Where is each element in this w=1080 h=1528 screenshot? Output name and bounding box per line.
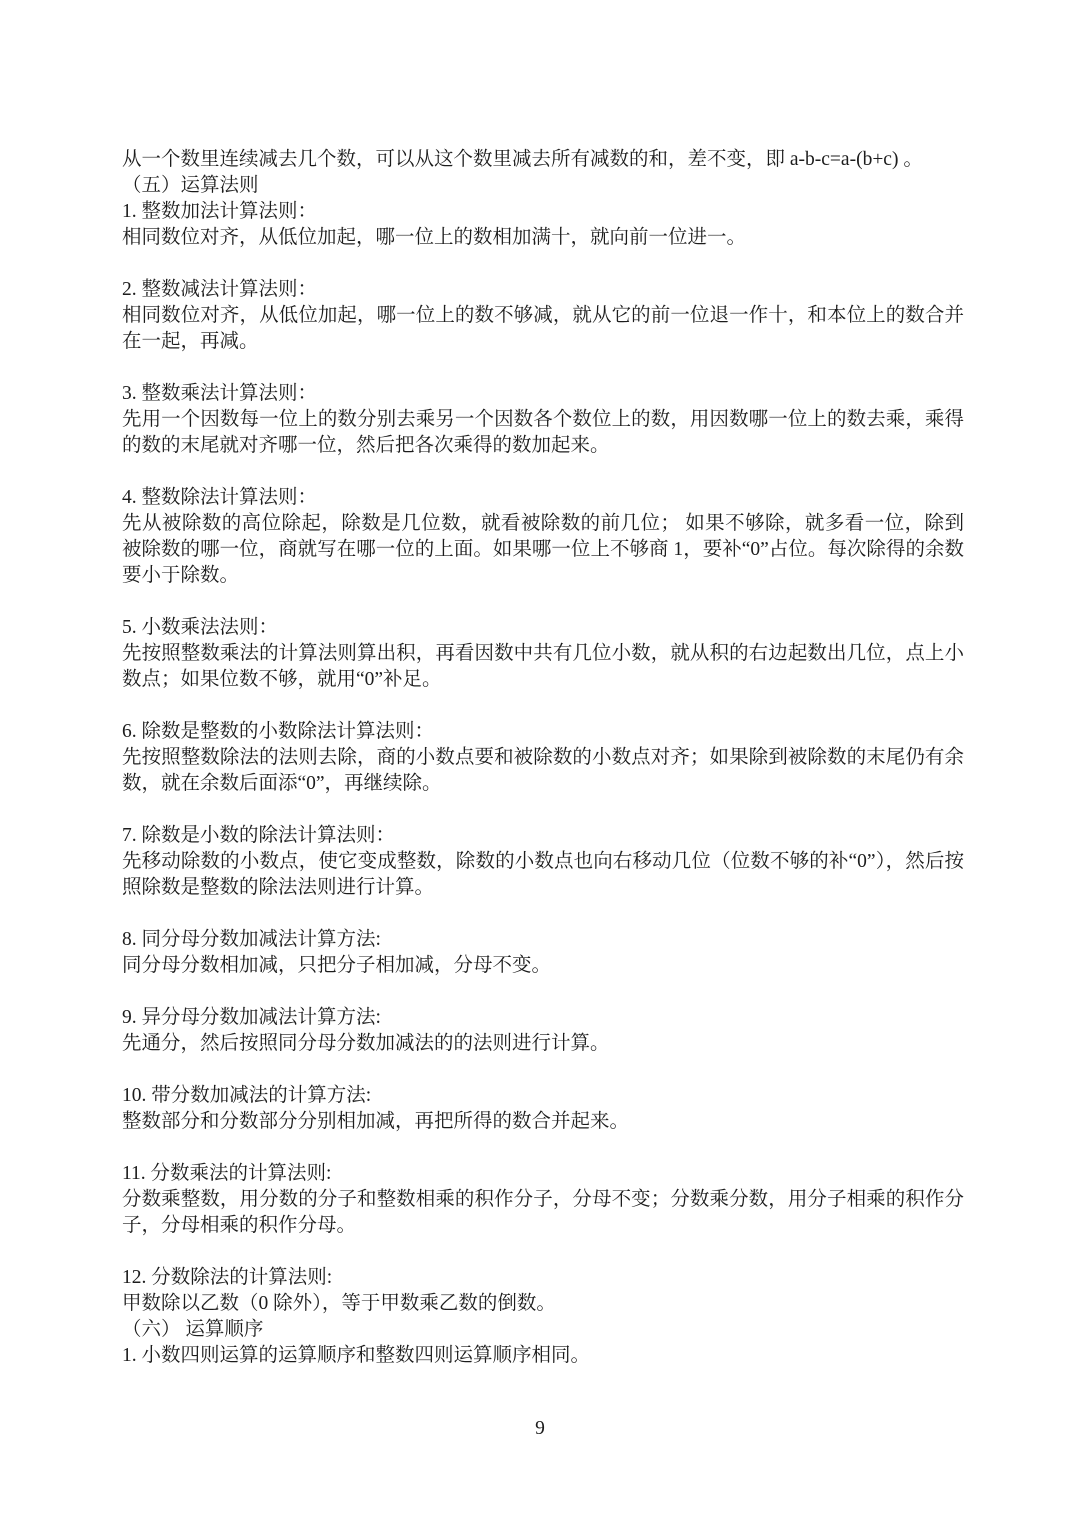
rule-body: 先通分，然后按照同分母分数加减法的的法则进行计算。: [122, 1031, 964, 1057]
page-number: 9: [0, 1416, 1080, 1442]
rule-body: 先用一个因数每一位上的数分别去乘另一个因数各个数位上的数，用因数哪一位上的数去乘…: [122, 407, 964, 459]
rule-block-1: 1. 整数加法计算法则： 相同数位对齐，从低位加起，哪一位上的数相加满十，就向前…: [122, 199, 964, 251]
rule-heading: 4. 整数除法计算法则：: [122, 485, 964, 511]
rule-heading: 9. 异分母分数加减法计算方法:: [122, 1005, 964, 1031]
rule-heading: 11. 分数乘法的计算法则:: [122, 1161, 964, 1187]
rule-heading: 3. 整数乘法计算法则：: [122, 381, 964, 407]
rule-heading: 5. 小数乘法法则：: [122, 615, 964, 641]
rule-block-11: 11. 分数乘法的计算法则: 分数乘整数，用分数的分子和整数相乘的积作分子，分母…: [122, 1161, 964, 1239]
rule-body: 甲数除以乙数（0 除外），等于甲数乘乙数的倒数。: [122, 1291, 964, 1317]
rule-block-5: 5. 小数乘法法则： 先按照整数乘法的计算法则算出积，再看因数中共有几位小数，就…: [122, 615, 964, 693]
rule-block-12: 12. 分数除法的计算法则: 甲数除以乙数（0 除外），等于甲数乘乙数的倒数。: [122, 1265, 964, 1317]
lead-paragraph: 从一个数里连续减去几个数，可以从这个数里减去所有减数的和，差不变，即 a-b-c…: [122, 147, 964, 173]
rule-block-4: 4. 整数除法计算法则： 先从被除数的高位除起，除数是几位数，就看被除数的前几位…: [122, 485, 964, 589]
rule-heading: 7. 除数是小数的除法计算法则：: [122, 823, 964, 849]
section5-title: （五）运算法则: [122, 173, 964, 199]
rule-body: 先按照整数乘法的计算法则算出积，再看因数中共有几位小数，就从积的右边起数出几位，…: [122, 641, 964, 693]
rule-body: 相同数位对齐，从低位加起，哪一位上的数相加满十，就向前一位进一。: [122, 225, 964, 251]
rule-heading: 2. 整数减法计算法则：: [122, 277, 964, 303]
rule-block-8: 8. 同分母分数加减法计算方法: 同分母分数相加减，只把分子相加减，分母不变。: [122, 927, 964, 979]
rule-block-10: 10. 带分数加减法的计算方法: 整数部分和分数部分分别相加减，再把所得的数合并…: [122, 1083, 964, 1135]
rule-body: 先移动除数的小数点，使它变成整数，除数的小数点也向右移动几位（位数不够的补“0”…: [122, 849, 964, 901]
document-page: 从一个数里连续减去几个数，可以从这个数里减去所有减数的和，差不变，即 a-b-c…: [0, 0, 1080, 1528]
rule-block-7: 7. 除数是小数的除法计算法则： 先移动除数的小数点，使它变成整数，除数的小数点…: [122, 823, 964, 901]
rule-block-3: 3. 整数乘法计算法则： 先用一个因数每一位上的数分别去乘另一个因数各个数位上的…: [122, 381, 964, 459]
rule-block-2: 2. 整数减法计算法则： 相同数位对齐，从低位加起，哪一位上的数不够减，就从它的…: [122, 277, 964, 355]
rule-heading: 12. 分数除法的计算法则:: [122, 1265, 964, 1291]
section6-item: 1. 小数四则运算的运算顺序和整数四则运算顺序相同。: [122, 1343, 964, 1369]
rule-block-9: 9. 异分母分数加减法计算方法: 先通分，然后按照同分母分数加减法的的法则进行计…: [122, 1005, 964, 1057]
rule-body: 先按照整数除法的法则去除，商的小数点要和被除数的小数点对齐；如果除到被除数的末尾…: [122, 745, 964, 797]
document-content: 从一个数里连续减去几个数，可以从这个数里减去所有减数的和，差不变，即 a-b-c…: [122, 147, 964, 1369]
rule-heading: 10. 带分数加减法的计算方法:: [122, 1083, 964, 1109]
rule-heading: 6. 除数是整数的小数除法计算法则：: [122, 719, 964, 745]
rule-heading: 1. 整数加法计算法则：: [122, 199, 964, 225]
rule-body: 整数部分和分数部分分别相加减，再把所得的数合并起来。: [122, 1109, 964, 1135]
section6-title: （六） 运算顺序: [122, 1317, 964, 1343]
rule-body: 同分母分数相加减，只把分子相加减，分母不变。: [122, 953, 964, 979]
rule-body: 分数乘整数，用分数的分子和整数相乘的积作分子，分母不变；分数乘分数，用分子相乘的…: [122, 1187, 964, 1239]
rule-body: 相同数位对齐，从低位加起，哪一位上的数不够减，就从它的前一位退一作十，和本位上的…: [122, 303, 964, 355]
rule-heading: 8. 同分母分数加减法计算方法:: [122, 927, 964, 953]
rule-body: 先从被除数的高位除起，除数是几位数，就看被除数的前几位； 如果不够除，就多看一位…: [122, 511, 964, 589]
rule-block-6: 6. 除数是整数的小数除法计算法则： 先按照整数除法的法则去除，商的小数点要和被…: [122, 719, 964, 797]
